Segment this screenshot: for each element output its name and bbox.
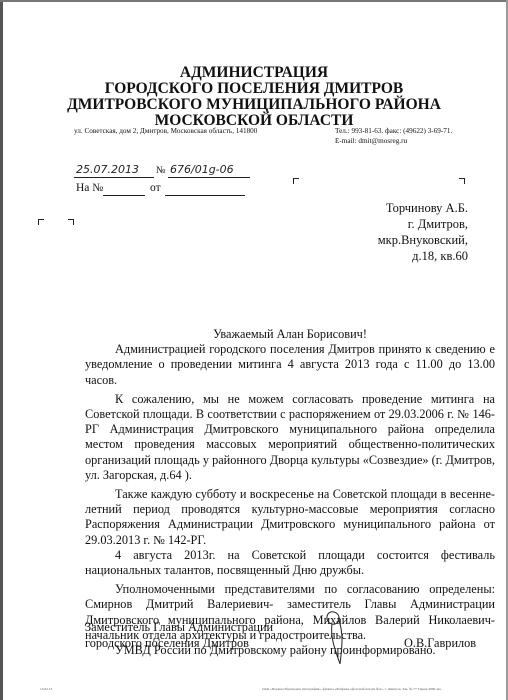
number-underline bbox=[168, 177, 250, 178]
signatory-name: О.В.Гаврилов bbox=[404, 636, 476, 651]
paragraph: Также каждую субботу и воскресенье на Со… bbox=[85, 487, 495, 548]
recipient-name: Торчинову А.Б. bbox=[378, 200, 468, 216]
letterhead-line-2: ГОРОДСКОГО ПОСЕЛЕНИЯ ДМИТРОВ bbox=[0, 80, 508, 97]
paragraph: К сожалению, мы не можем согласовать про… bbox=[85, 392, 495, 483]
letter-number: 676/01g-06 bbox=[170, 163, 234, 176]
handwritten-signature-icon bbox=[320, 608, 360, 668]
paragraph: 4 августа 2013г. на Советской площади со… bbox=[85, 548, 495, 578]
letterhead-address: ул. Советская, дом 2, Дмитров, Московска… bbox=[74, 127, 257, 136]
recipient-city: г. Дмитров, bbox=[378, 216, 468, 232]
letterhead-line-1: АДМИНИСТРАЦИЯ bbox=[0, 64, 508, 81]
footer-code: 15.02.13 bbox=[40, 687, 52, 691]
reply-from-label: от bbox=[150, 182, 161, 194]
address-corner-mark bbox=[293, 178, 299, 184]
greeting: Уважаемый Алан Борисович! bbox=[85, 327, 495, 342]
subject-corner-mark bbox=[38, 219, 44, 225]
letterhead-line-3: ДМИТРОВСКОГО МУНИЦИПАЛЬНОГО РАЙОНА bbox=[0, 96, 508, 113]
number-label: № bbox=[156, 165, 166, 176]
signatory-title-2: городского поселения Дмитров bbox=[85, 636, 249, 651]
letterhead-email: E-mail: dmit@mosreg.ru bbox=[335, 137, 407, 146]
recipient-house: д.18, кв.60 bbox=[378, 248, 468, 264]
recipient-district: мкр.Внуковский, bbox=[378, 232, 468, 248]
recipient-block: Торчинову А.Б. г. Дмитров, мкр.Внуковски… bbox=[378, 200, 468, 264]
footer-printer: ОАО «Первая Образцовая типография», фили… bbox=[262, 687, 442, 691]
scan-edge bbox=[0, 0, 508, 2]
reply-date-line bbox=[165, 195, 245, 196]
date-underline bbox=[74, 177, 154, 178]
paragraph: Администрацией городского поселения Дмит… bbox=[85, 342, 495, 388]
letter-body: Уважаемый Алан Борисович! Администрацией… bbox=[85, 327, 495, 658]
address-corner-mark bbox=[459, 178, 465, 184]
reply-number-line bbox=[103, 195, 145, 196]
letter-date: 25.07.2013 bbox=[76, 163, 139, 176]
signatory-title-1: Заместитель Главы Администрации bbox=[85, 620, 273, 635]
letterhead-phone: Тел.: 993-81-63. факс: (49622) 3-69-71. bbox=[335, 127, 452, 136]
reply-label: На № bbox=[76, 182, 103, 194]
subject-corner-mark bbox=[68, 219, 74, 225]
